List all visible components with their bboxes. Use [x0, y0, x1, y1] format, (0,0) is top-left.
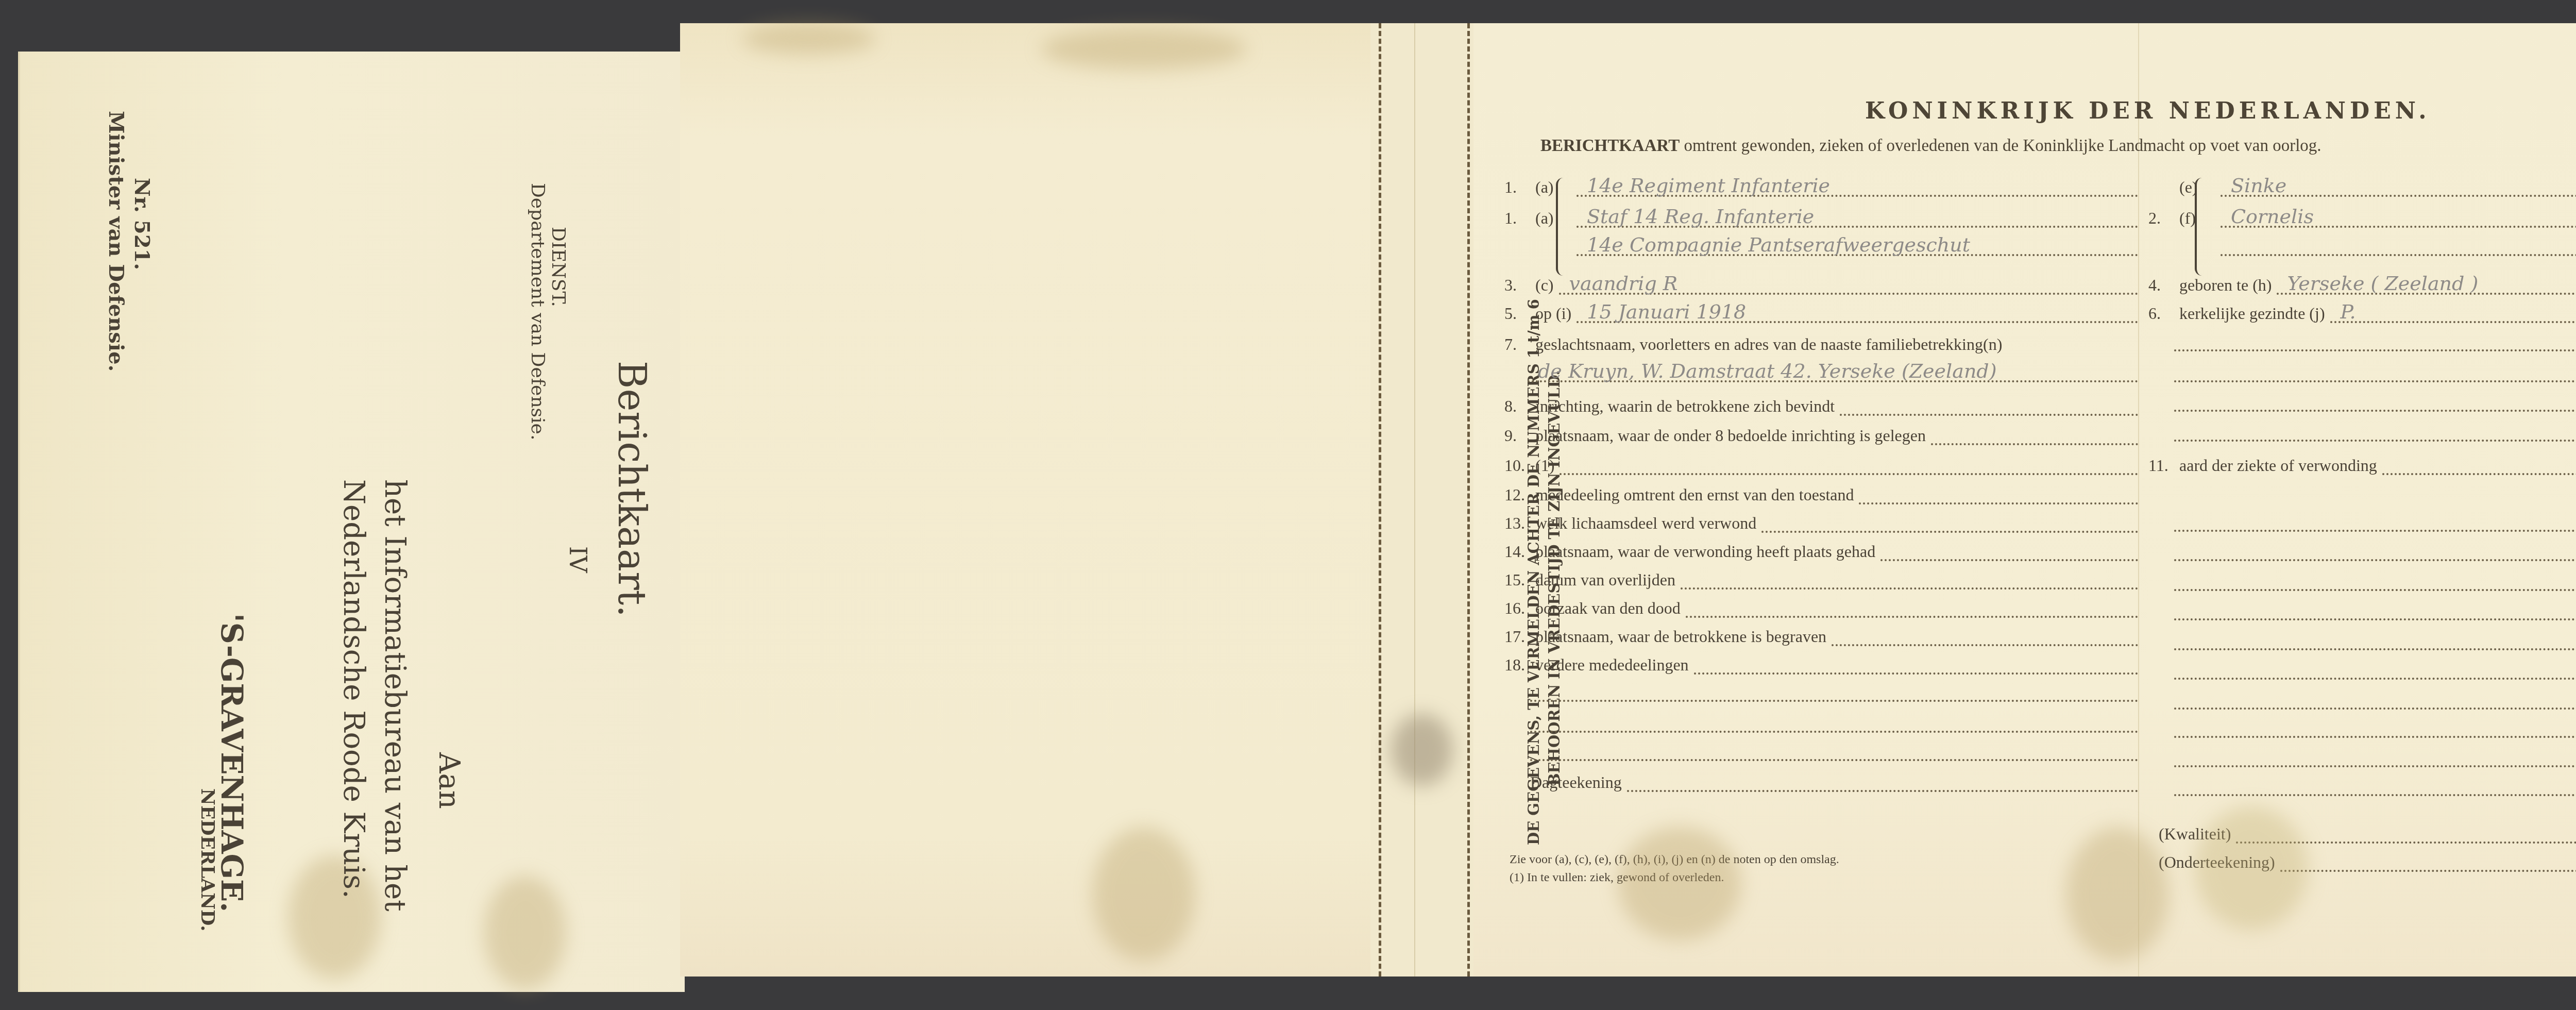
form-title: KONINKRIJK DER NEDERLANDEN.	[1865, 98, 2430, 124]
field-1a-row-2: 1. (a) Staf 14 Reg. Infanterie	[1504, 209, 2138, 228]
field-12-row: 12. mededeeling omtrent den ernst van de…	[1504, 485, 2138, 504]
stitch-line	[1467, 23, 1470, 977]
field-1a-line-3[interactable]: 14e Compagnie Pantserafweergeschut	[1577, 240, 2138, 256]
handwritten-value: 14e Regiment Infanterie	[1587, 174, 1830, 197]
cover-nr: Nr. 521.	[130, 178, 154, 270]
blank-line[interactable]	[2174, 335, 2576, 351]
handwritten-value: 14e Compagnie Pantserafweergeschut	[1587, 233, 1970, 256]
blank-line[interactable]	[2174, 751, 2576, 767]
blank-line[interactable]	[2174, 604, 2576, 620]
water-stain	[2066, 827, 2169, 961]
blank-line[interactable]	[2174, 366, 2576, 382]
fold-line	[1414, 23, 1415, 977]
water-stain	[2195, 806, 2308, 930]
field-18-row: 18. verdere mededeelingen	[1504, 655, 2138, 675]
handwritten-value: Sinke	[2231, 174, 2286, 197]
water-stain	[1092, 827, 1195, 961]
field-7-row: 7. geslachtsnaam, voorletters en adres v…	[1504, 335, 2138, 354]
date-label: Dagteekening	[1530, 773, 1622, 792]
handwritten-value: P.	[2341, 300, 2356, 323]
addressee-city: 'S-GRAVENHAGE.	[214, 613, 249, 912]
field-15-line[interactable]	[1681, 573, 2138, 590]
blank-line[interactable]	[2174, 395, 2576, 412]
form-subtitle-bold: BERICHTKAART	[1540, 137, 1680, 155]
cover-roman: IV	[564, 546, 592, 573]
field-2f-row: 2. (f) Cornelis	[2148, 209, 2576, 228]
field-8-row: 8. inrichting, waarin de betrokkene zich…	[1504, 397, 2138, 416]
field-14-row: 14. plaatsnaam, waar de verwonding heeft…	[1504, 542, 2138, 561]
field-18-line-4[interactable]	[1530, 745, 2138, 761]
addressee-line2: het Informatiebureau van het	[378, 479, 412, 912]
right-blank-line-11	[2174, 693, 2576, 710]
blank-inner-panel	[680, 23, 1373, 977]
form-panel: DE GEGEVENS, TE VERMELDEN ACHTER DE NUMM…	[1473, 23, 2576, 977]
stitched-spine	[1370, 23, 1473, 977]
right-blank-line-12	[2174, 721, 2576, 738]
field-16-line[interactable]	[1686, 601, 2138, 618]
right-blank-line-9	[2174, 634, 2576, 650]
field-17-row: 17. plaatsnaam, waar de betrokkene is be…	[1504, 627, 2138, 646]
field-3-row: 3. (c) vaandrig R	[1504, 276, 2138, 295]
right-blank-line-13	[2174, 751, 2576, 767]
field-13-row: 13. welk lichaamsdeel werd verwond	[1504, 514, 2138, 533]
field-13-line[interactable]	[1761, 516, 2138, 533]
field-3-line[interactable]: vaandrig R	[1559, 278, 2138, 295]
field-18-extra-line-1	[1530, 685, 2138, 702]
handwritten-value: Cornelis	[2231, 205, 2314, 228]
water-stain	[742, 23, 876, 54]
handwritten-value: de Kruyn, W. Damstraat 42. Yerseke (Zeel…	[1538, 360, 1997, 382]
right-blank-line-4	[2174, 425, 2576, 442]
field-5-row: 5. op (i) 15 Januari 1918	[1504, 304, 2138, 323]
cover-dienst: DIENST.	[548, 227, 569, 307]
water-stain	[1391, 714, 1453, 786]
field-1a-row-3: 14e Compagnie Pantserafweergeschut	[1504, 240, 2138, 256]
date-row: Dagteekening	[1530, 773, 2138, 792]
date-line[interactable]	[1627, 776, 2138, 792]
right-blank-line-10	[2174, 663, 2576, 680]
addressee-aan: Aan	[432, 752, 466, 809]
field-12-line[interactable]	[1859, 488, 2138, 504]
blank-line[interactable]	[2174, 780, 2576, 796]
blank-line[interactable]	[2174, 663, 2576, 680]
handwritten-value: Staf 14 Reg. Infanterie	[1587, 205, 1814, 228]
handwritten-value: vaandrig R	[1569, 272, 1678, 295]
field-8-line[interactable]	[1840, 399, 2138, 416]
field-2-extra-line[interactable]	[2221, 240, 2576, 256]
field-11-line[interactable]	[2382, 459, 2576, 475]
addressee-country: NEDERLAND.	[197, 788, 218, 932]
cover-title: Berichtkaart.	[609, 361, 654, 617]
field-4-row: 4. geboren te (h) Yerseke ( Zeeland )	[2148, 276, 2576, 295]
field-2f-line[interactable]: Cornelis	[2221, 211, 2576, 228]
cover-panel: Berichtkaart. IV DIENST. Departement van…	[18, 52, 685, 992]
field-9-line[interactable]	[1931, 429, 2138, 445]
blank-line[interactable]	[2174, 721, 2576, 738]
field-2-extra-row	[2148, 240, 2576, 256]
field-15-row: 15. datum van overlijden	[1504, 570, 2138, 590]
water-stain	[1041, 28, 1247, 70]
field-1a-line-1[interactable]: 14e Regiment Infanterie	[1577, 180, 2138, 197]
right-blank-line-2	[2174, 366, 2576, 382]
field-1a-line-2[interactable]: Staf 14 Reg. Infanterie	[1577, 211, 2138, 228]
field-18-extra-line-3	[1530, 745, 2138, 761]
blank-line[interactable]	[2174, 634, 2576, 650]
ondertekening-line[interactable]	[2280, 855, 2576, 872]
blank-line[interactable]	[2174, 575, 2576, 591]
addressee-line3: Nederlandsche Roode Kruis.	[337, 479, 370, 899]
field-2e-line[interactable]: Sinke	[2221, 180, 2576, 197]
right-blank-line-3	[2174, 395, 2576, 412]
field-7-line[interactable]: de Kruyn, W. Damstraat 42. Yerseke (Zeel…	[1528, 366, 2138, 382]
field-18-line[interactable]	[1694, 658, 2138, 675]
blank-line[interactable]	[2174, 545, 2576, 561]
field-10-line[interactable]	[1560, 459, 2138, 475]
stitch-line	[1379, 23, 1381, 977]
field-14-line[interactable]	[1880, 545, 2138, 561]
field-10-row: 10. (1)	[1504, 456, 2138, 475]
right-blank-line-7	[2174, 575, 2576, 591]
water-stain	[484, 876, 566, 989]
right-blank-line-14	[2174, 780, 2576, 796]
field-16-row: 16. oorzaak van den dood	[1504, 599, 2138, 618]
field-4-line[interactable]: Yerseke ( Zeeland )	[2277, 278, 2576, 295]
water-stain	[1618, 827, 1741, 940]
cover-minister: Minister van Defensie.	[104, 111, 128, 372]
field-5-line[interactable]: 15 Januari 1918	[1577, 307, 2138, 323]
field-6-line[interactable]: P.	[2330, 307, 2576, 323]
right-blank-line-6	[2174, 545, 2576, 561]
field-17-line[interactable]	[1832, 630, 2138, 646]
field-18-line-2[interactable]	[1530, 685, 2138, 702]
blank-line[interactable]	[2174, 425, 2576, 442]
field-2e-row: (e) Sinke	[2148, 178, 2576, 197]
field-7-value-row: de Kruyn, W. Damstraat 42. Yerseke (Zeel…	[1528, 366, 2138, 382]
form-subtitle: BERICHTKAART omtrent gewonden, zieken of…	[1540, 137, 2321, 156]
right-blank-line-8	[2174, 604, 2576, 620]
handwritten-value: Yerseke ( Zeeland )	[2287, 272, 2478, 295]
right-blank-line-1	[2174, 335, 2576, 351]
field-number: 1.	[1504, 209, 1535, 228]
cover-department: Departement van Defensie.	[527, 183, 548, 440]
field-9-row: 9. plaatsnaam, waar de onder 8 bedoelde …	[1504, 426, 2138, 445]
field-label: (a)	[1535, 209, 1571, 228]
right-blank-line-5	[2174, 515, 2576, 532]
field-1a-row-1: 1. (a) 14e Regiment Infanterie	[1504, 178, 2138, 197]
field-11-row: 11. aard der ziekte of verwonding	[2148, 456, 2576, 475]
field-6-row: 6. kerkelijke gezindte (j) P.	[2148, 304, 2576, 323]
field-18-extra-line-2	[1530, 716, 2138, 733]
blank-line[interactable]	[2174, 693, 2576, 710]
field-18-line-3[interactable]	[1530, 716, 2138, 733]
handwritten-value: 15 Januari 1918	[1587, 300, 1746, 323]
form-subtitle-rest: omtrent gewonden, zieken of overledenen …	[1684, 137, 2321, 155]
blank-line[interactable]	[2174, 515, 2576, 532]
